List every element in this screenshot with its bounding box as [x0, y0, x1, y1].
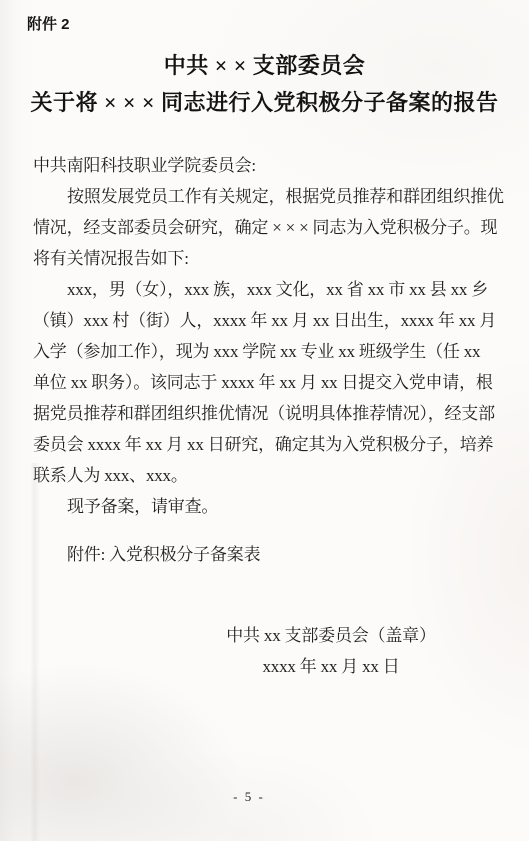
- body-line: 据党员推荐和群团组织推优情况（说明具体推荐情况），经支部: [33, 398, 499, 429]
- document-title-line2: 关于将 × × × 同志进行入党积极分子备案的报告: [0, 86, 529, 117]
- attachment-note: 附件: 入党积极分子备案表: [33, 539, 499, 570]
- body-line: xxx，男（女），xxx 族，xxx 文化，xx 省 xx 市 xx 县 xx …: [33, 274, 499, 305]
- body-line: 单位 xx 职务）。该同志于 xxxx 年 xx 月 xx 日提交入党申请，根: [33, 367, 499, 398]
- salutation: 中共南阳科技职业学院委员会:: [33, 150, 499, 181]
- document-body: 中共南阳科技职业学院委员会: 按照发展党员工作有关规定，根据党员推荐和群团组织推…: [33, 150, 499, 682]
- body-line: 委员会 xxxx 年 xx 月 xx 日研究，确定其为入党积极分子，培养: [33, 429, 499, 460]
- body-line: 情况，经支部委员会研究，确定 × × × 同志为入党积极分子。现: [33, 212, 499, 243]
- signature-block: 中共 xx 支部委员会（盖章） xxxx 年 xx 月 xx 日: [33, 620, 499, 682]
- attachment-label: 附件 2: [27, 13, 70, 34]
- body-line: 联系人为 xxx、xxx。: [33, 460, 499, 491]
- page-number: - 5 -: [0, 789, 498, 805]
- signature-org: 中共 xx 支部委员会（盖章）: [163, 620, 499, 651]
- body-line: 现予备案，请审查。: [33, 491, 499, 522]
- body-line: 入学（参加工作），现为 xxx 学院 xx 专业 xx 班级学生（任 xx: [33, 336, 499, 367]
- document-title-line1: 中共 × × 支部委员会: [0, 49, 529, 80]
- body-line: 将有关情况报告如下:: [33, 243, 499, 274]
- body-line: 按照发展党员工作有关规定，根据党员推荐和群团组织推优: [33, 181, 499, 212]
- signature-date: xxxx 年 xx 月 xx 日: [163, 651, 499, 682]
- body-line: （镇）xxx 村（街）人，xxxx 年 xx 月 xx 日出生，xxxx 年 x…: [33, 305, 499, 336]
- scanned-document-page: 附件 2 中共 × × 支部委员会 关于将 × × × 同志进行入党积极分子备案…: [0, 0, 529, 841]
